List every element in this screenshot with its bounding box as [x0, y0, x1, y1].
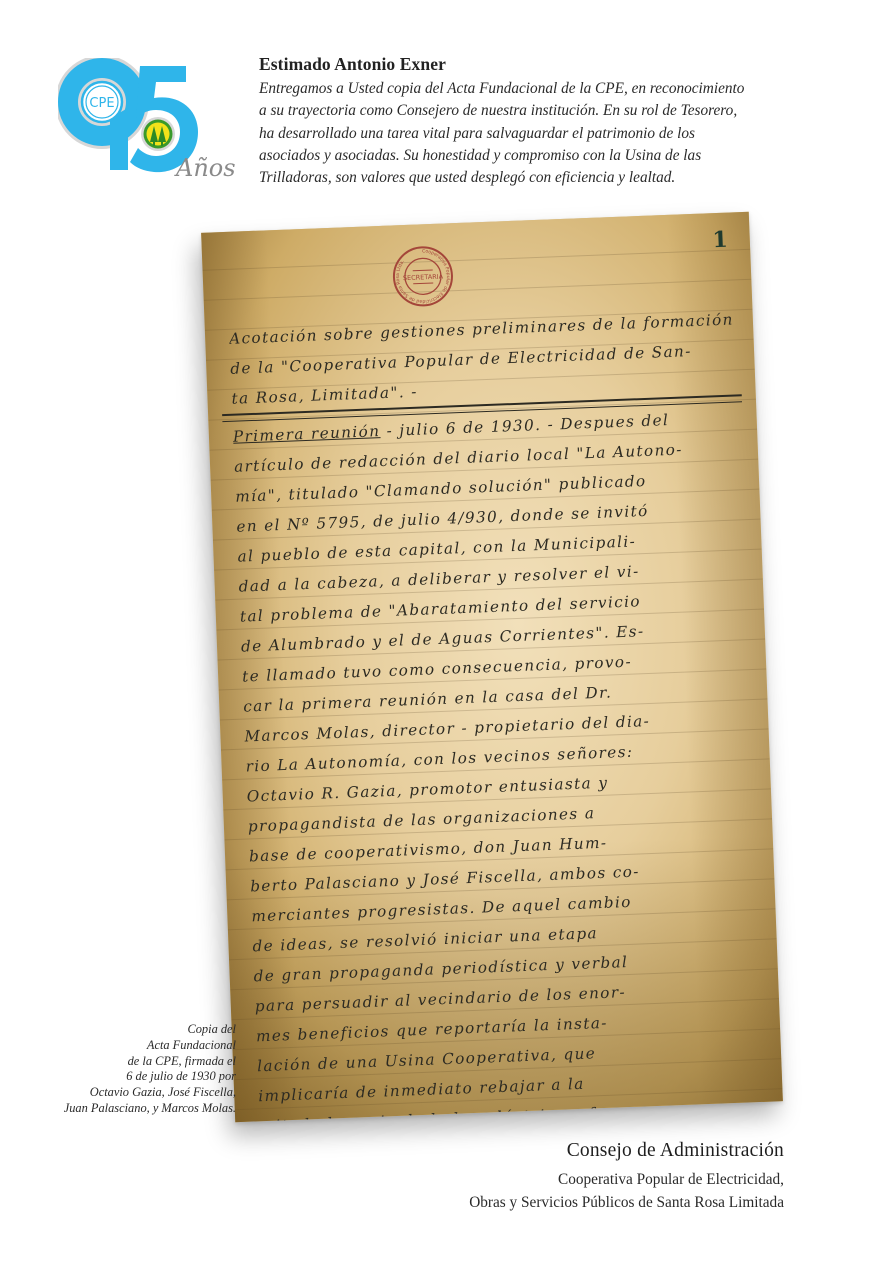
- founding-act-image: 1 SECRETARIA Cooperativa Popular de Elec…: [212, 200, 772, 1135]
- caption-line: Octavio Gazia, José Fiscella,: [40, 1085, 236, 1101]
- dedication-letter: Estimado Antonio Exner Entregamos a Uste…: [259, 54, 819, 189]
- organization-name: Cooperativa Popular de Electricidad, Obr…: [469, 1168, 784, 1214]
- signature-block: Consejo de Administración Cooperativa Po…: [469, 1140, 784, 1214]
- logo-graphic: CPE Años: [58, 58, 243, 188]
- cpe-95-anos-logo: CPE Años: [58, 58, 243, 188]
- caption-line: Juan Palasciano, y Marcos Molas.: [40, 1101, 236, 1117]
- council-name: Consejo de Administración: [469, 1140, 784, 1162]
- greeting-heading: Estimado Antonio Exner: [259, 54, 819, 75]
- dedication-line: Trilladoras, son valores que usted despl…: [259, 167, 819, 189]
- image-caption: Copia del Acta Fundacional de la CPE, fi…: [40, 1022, 236, 1117]
- dedication-body: Entregamos a Usted copia del Acta Fundac…: [259, 78, 819, 189]
- caption-line: 6 de julio de 1930 por: [40, 1069, 236, 1085]
- org-line: Obras y Servicios Públicos de Santa Rosa…: [469, 1191, 784, 1214]
- svg-text:CPE: CPE: [89, 96, 114, 111]
- svg-text:SECRETARIA: SECRETARIA: [403, 273, 444, 283]
- dedication-line: a su trayectoria como Consejero de nuest…: [259, 100, 819, 122]
- meeting-heading: Primera reunión: [233, 422, 381, 446]
- org-line: Cooperativa Popular de Electricidad,: [469, 1168, 784, 1191]
- page-number: 1: [712, 227, 728, 254]
- caption-line: de la CPE, firmada el: [40, 1054, 236, 1070]
- caption-line: Copia del: [40, 1022, 236, 1038]
- act-body: Primera reunión - julio 6 de 1930. - Des…: [232, 402, 772, 1122]
- dedication-line: asociados y asociadas. Su honestidad y c…: [259, 145, 819, 167]
- svg-text:Años: Años: [174, 154, 236, 182]
- secretaria-stamp-icon: SECRETARIA Cooperativa Popular de Electr…: [390, 243, 456, 309]
- aged-paper-sheet: 1 SECRETARIA Cooperativa Popular de Elec…: [201, 212, 783, 1122]
- dedication-line: ha desarrollado una tarea vital para sal…: [259, 123, 819, 145]
- dedication-line: Entregamos a Usted copia del Acta Fundac…: [259, 78, 819, 100]
- caption-line: Acta Fundacional: [40, 1038, 236, 1054]
